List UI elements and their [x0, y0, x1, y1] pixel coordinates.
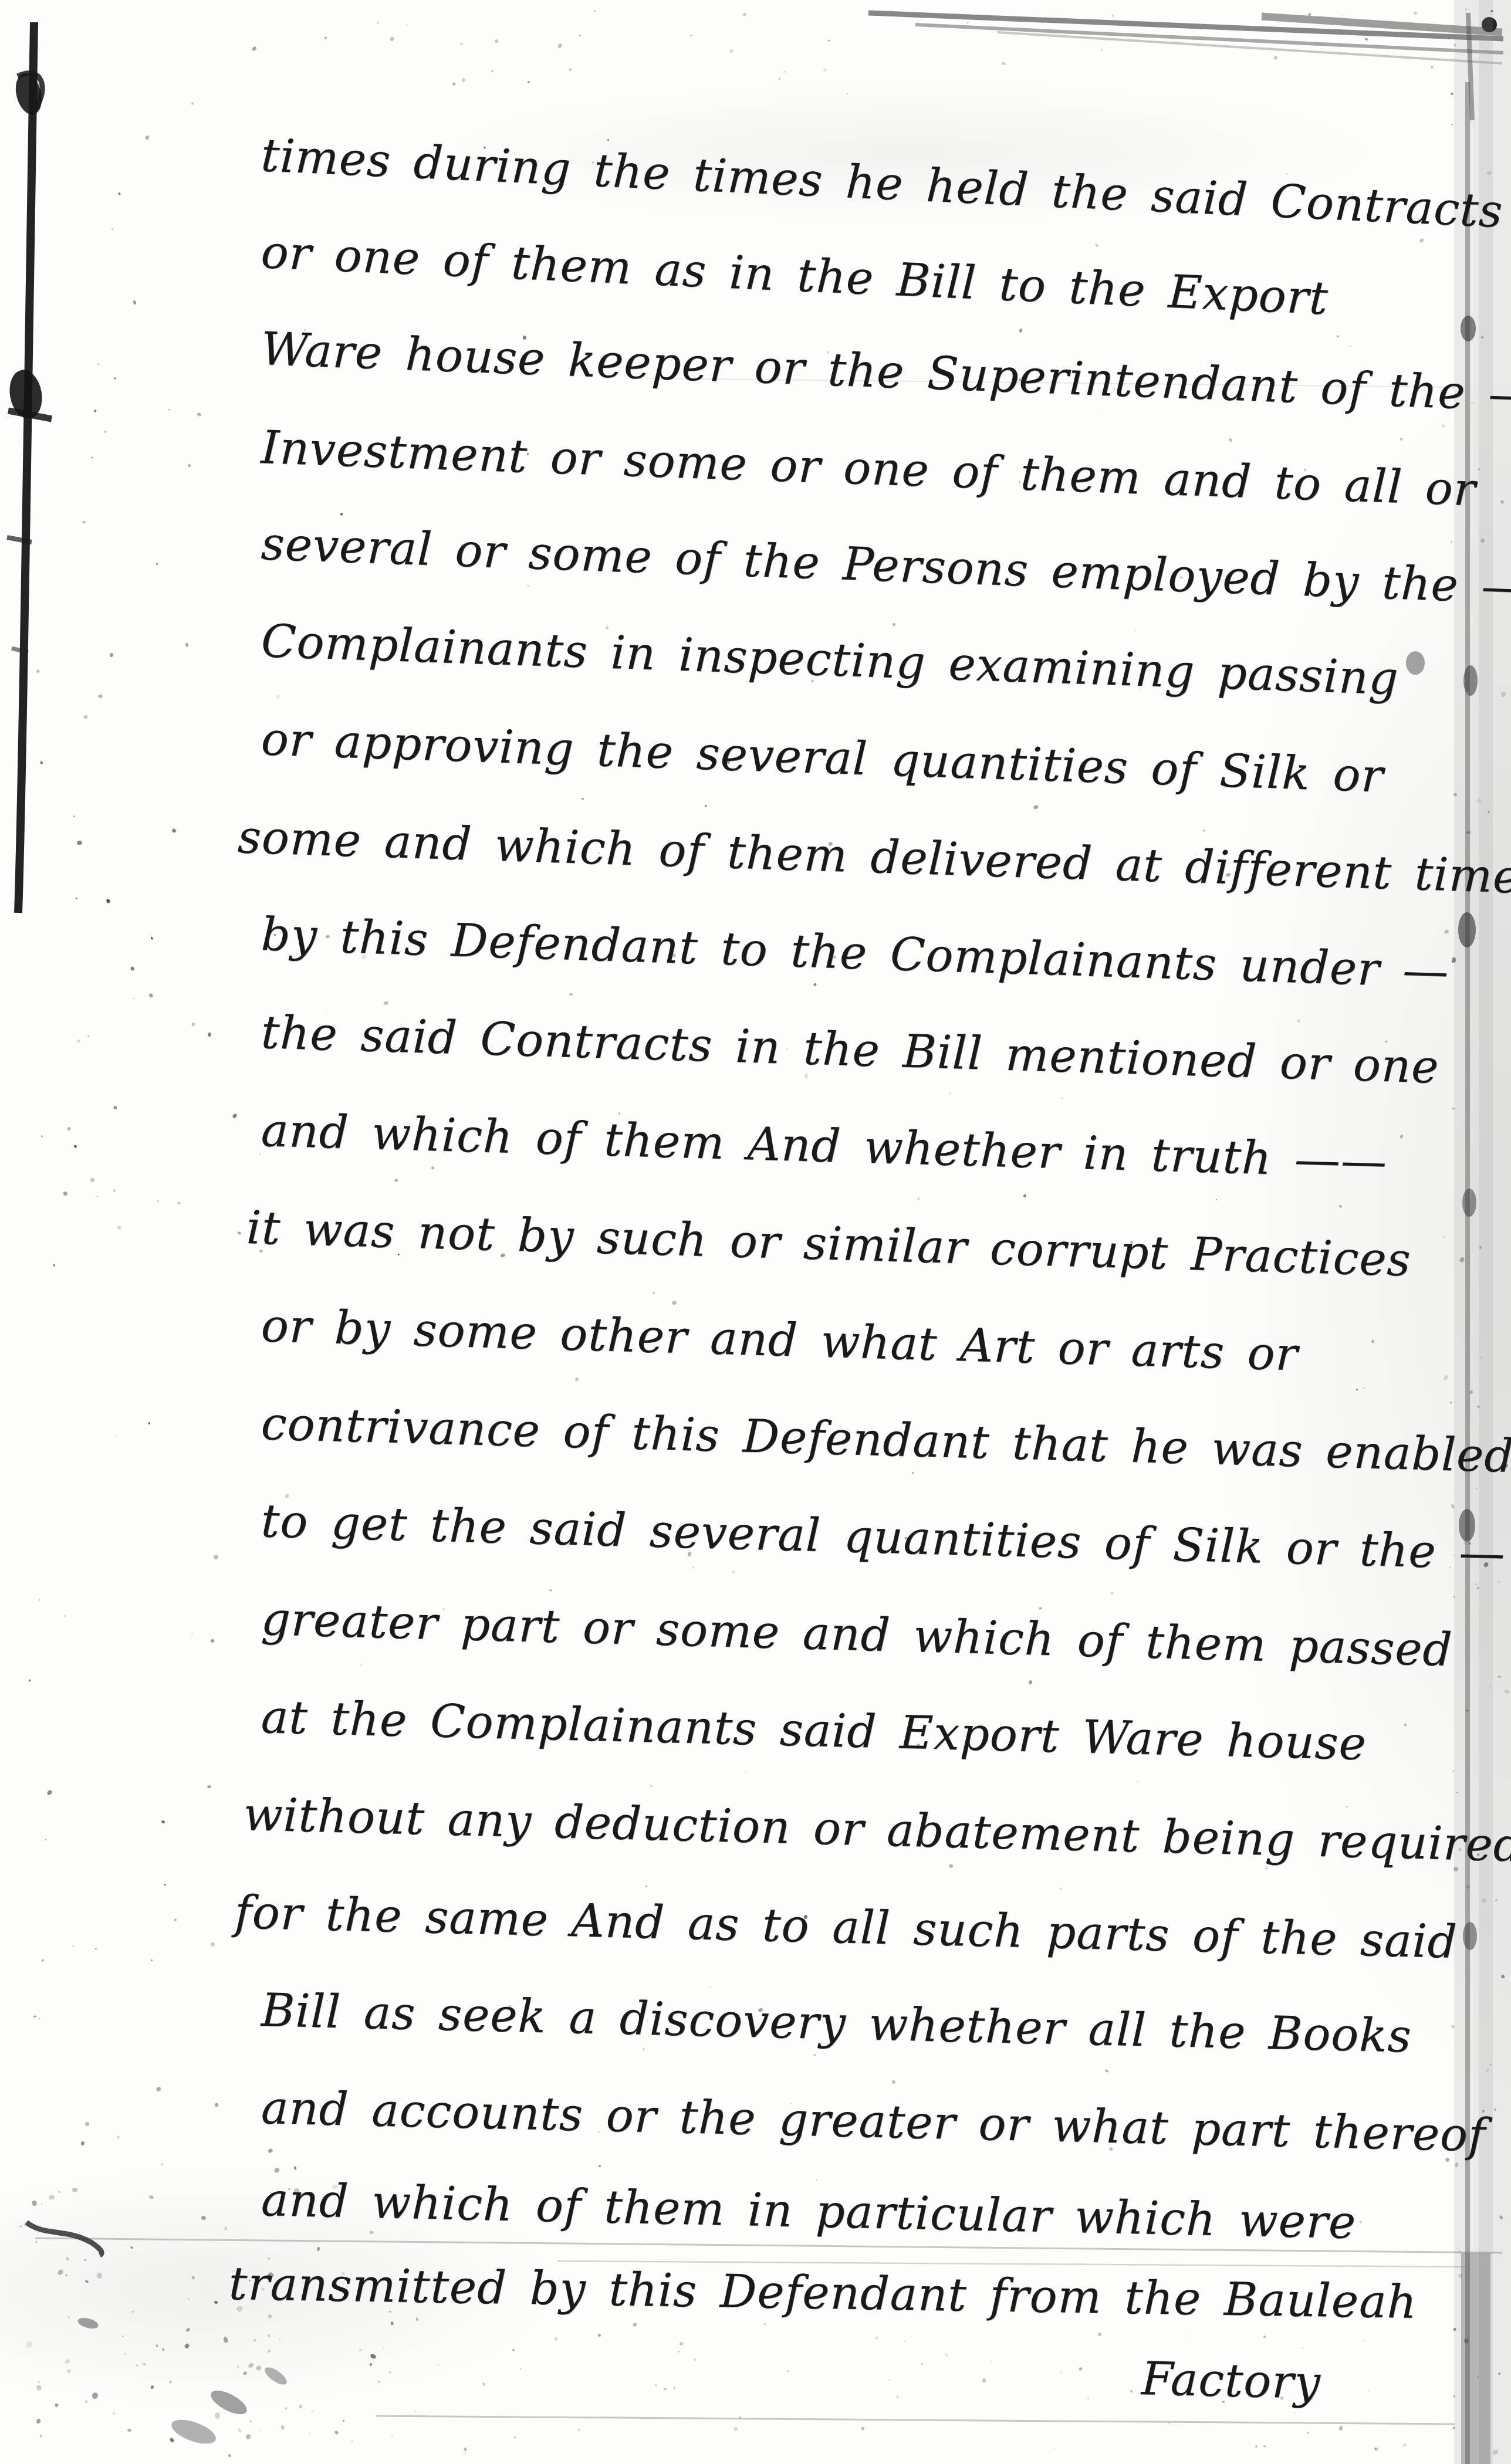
handwritten-line: the said Contracts in the Bill mentioned…	[261, 1006, 1440, 1094]
handwritten-line-factory: Factory	[1141, 2353, 1321, 2409]
handwritten-line: or by some other and what Art or arts or	[261, 1299, 1299, 1381]
manuscript-page: times during the times he held the said …	[0, 0, 1511, 2464]
handwritten-line: and accounts or the greater or what part…	[261, 2081, 1486, 2162]
handwritten-line: Investment or some or one of them and to…	[260, 421, 1476, 516]
handwritten-line: Bill as seek a discovery whether all the…	[261, 1984, 1412, 2063]
handwritten-line: for the same And as to all such parts of…	[234, 1886, 1458, 1969]
handwritten-line: or approving the several quantities of S…	[261, 713, 1385, 803]
handwritten-line: several or some of the Persons employed …	[260, 517, 1511, 614]
handwritten-line: Complainants in inspecting examining pas…	[261, 615, 1400, 705]
handwritten-line: it was not by such or similar corrupt Pr…	[246, 1201, 1412, 1287]
handwritten-line: some and which of them delivered at diff…	[237, 811, 1511, 905]
handwritten-line: and which of them in particular which we…	[261, 2174, 1357, 2249]
handwritten-line: transmitted by this Defendant from the B…	[228, 2257, 1417, 2329]
handwritten-line: at the Complainants said Export Ware hou…	[261, 1691, 1367, 1771]
handwritten-line: times during the times he held the said …	[260, 129, 1511, 241]
handwritten-line: by this Defendant to the Complainants un…	[261, 908, 1450, 999]
handwritten-line: greater part or some and which of them p…	[261, 1593, 1453, 1677]
handwritten-line: to get the said several quantities of Si…	[261, 1495, 1506, 1580]
handwritten-line: Ware house keeper or the Superintendant …	[260, 323, 1511, 422]
handwritten-line: contrivance of this Defendant that he wa…	[261, 1397, 1511, 1483]
handwritten-line: or one of them as in the Bill to the Exp…	[260, 226, 1329, 325]
handwritten-text-block: times during the times he held the said …	[0, 0, 1511, 2464]
handwritten-line: and which of them And whether in truth —…	[261, 1104, 1388, 1189]
handwritten-line: without any deduction or abatement being…	[243, 1788, 1511, 1872]
